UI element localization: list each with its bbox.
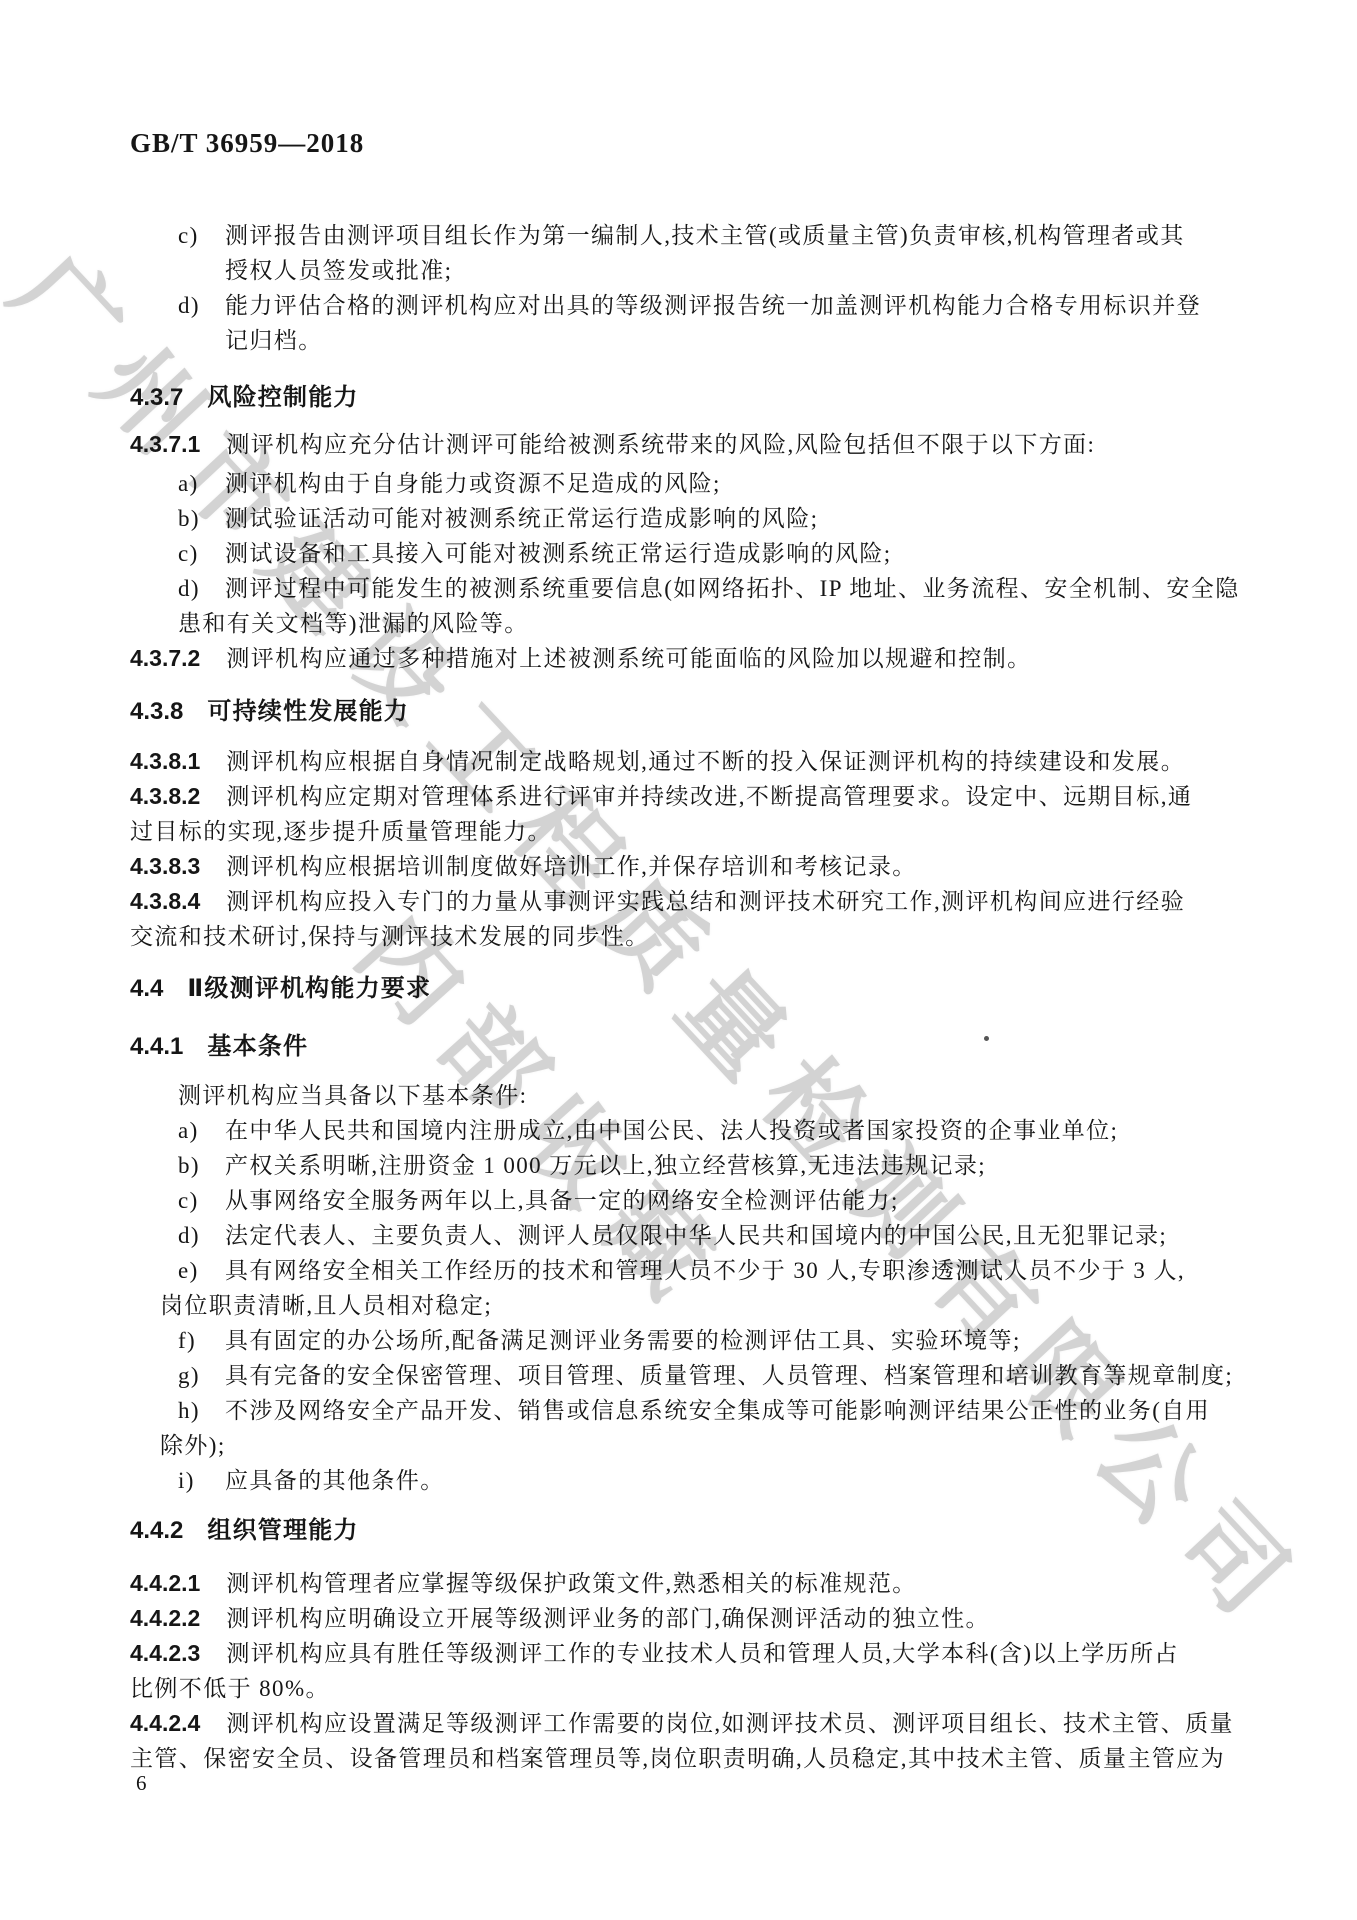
clause-number: 4.3.8.1	[130, 748, 200, 774]
list-item-text: 测评报告由测评项目组长作为第一编制人,技术主管(或质量主管)负责审核,机构管理者…	[225, 223, 1185, 248]
clause-4.3.8.2-continuation-1: 过目标的实现,逐步提升质量管理能力。	[130, 814, 1255, 849]
list-item-text: 能力评估合格的测评机构应对出具的等级测评报告统一加盖测评机构能力合格专用标识并登	[225, 293, 1201, 318]
clause-4.4.2.2: 4.4.2.2测评机构应明确设立开展等级测评业务的部门,确保测评活动的独立性。	[130, 1601, 1255, 1636]
list-item-label: d)	[178, 1218, 200, 1253]
list-item-h: h)不涉及网络安全产品开发、销售或信息系统安全集成等可能影响测评结果公正性的业务…	[130, 1393, 1255, 1428]
clause-4.3.8.4-continuation-1: 交流和技术研讨,保持与测评技术发展的同步性。	[130, 919, 1255, 954]
clause-number: 4.3.8.3	[130, 853, 200, 879]
clause-number: 4.3.7.1	[130, 431, 200, 457]
list-item-b: b)测试验证活动可能对被测系统正常运行造成影响的风险;	[130, 501, 1255, 536]
list-item-c: c)测试设备和工具接入可能对被测系统正常运行造成影响的风险;	[130, 536, 1255, 571]
list-item-text: 法定代表人、主要负责人、测评人员仅限中华人民共和国境内的中国公民,且无犯罪记录;	[225, 1223, 1167, 1248]
list-item-text: 产权关系明晰,注册资金 1 000 万元以上,独立经营核算,无违法违规记录;	[225, 1153, 986, 1178]
section-number: 4.4.1	[130, 1033, 183, 1060]
section-number: 4.4.2	[130, 1517, 183, 1544]
list-item-text: 测评机构由于自身能力或资源不足造成的风险;	[225, 471, 721, 496]
list-item-a: a)测评机构由于自身能力或资源不足造成的风险;	[130, 466, 1255, 501]
section-heading-4.4.1: 4.4.1基本条件	[130, 1029, 1255, 1064]
list-item-e: e)具有网络安全相关工作经历的技术和管理人员不少于 30 人,专职渗透测试人员不…	[130, 1253, 1255, 1288]
list-block: a)在中华人民共和国境内注册成立,由中国公民、法人投资或者国家投资的企事业单位;…	[130, 1113, 1255, 1498]
clause-first-line: 4.4.2.4测评机构应设置满足等级测评工作需要的岗位,如测评技术员、测评项目组…	[130, 1706, 1255, 1741]
list-item-label: c)	[178, 1183, 199, 1218]
list-item-i: i)应具备的其他条件。	[130, 1463, 1255, 1498]
section-title: 可持续性发展能力	[207, 698, 409, 725]
clause-4.4.2.1: 4.4.2.1测评机构管理者应掌握等级保护政策文件,熟悉相关的标准规范。	[130, 1566, 1255, 1601]
section-number: 4.4	[130, 975, 163, 1002]
list-item-text: 应具备的其他条件。	[225, 1468, 445, 1493]
section-title: 风险控制能力	[207, 384, 358, 411]
list-item-text: 在中华人民共和国境内注册成立,由中国公民、法人投资或者国家投资的企事业单位;	[225, 1118, 1118, 1143]
document-page: 广州市建设工程质量检测有限公司 内部收藏 GB/T 36959—2018 c)测…	[0, 0, 1357, 1920]
list-item-h-continuation-1: 除外);	[130, 1428, 1255, 1463]
list-item-label: b)	[178, 1148, 200, 1183]
list-item-d-continuation-1: 记归档。	[130, 323, 1255, 358]
list-item-text: 具有网络安全相关工作经历的技术和管理人员不少于 30 人,专职渗透测试人员不少于…	[225, 1258, 1185, 1283]
section-heading-4.4.2: 4.4.2组织管理能力	[130, 1513, 1255, 1548]
clause-number: 4.4.2.1	[130, 1570, 200, 1596]
list-item-label: e)	[178, 1253, 199, 1288]
clause-4.3.8.3: 4.3.8.3测评机构应根据培训制度做好培训工作,并保存培训和考核记录。	[130, 849, 1255, 884]
clause-first-line: 4.3.7.2测评机构应通过多种措施对上述被测系统可能面临的风险加以规避和控制。	[130, 641, 1255, 676]
clause-text: 测评机构应设置满足等级测评工作需要的岗位,如测评技术员、测评项目组长、技术主管、…	[226, 1711, 1234, 1736]
clause-first-line: 4.3.8.1测评机构应根据自身情况制定战略规划,通过不断的投入保证测评机构的持…	[130, 744, 1255, 779]
list-item-e-continuation-1: 岗位职责清晰,且人员相对稳定;	[130, 1288, 1255, 1323]
list-item-text: 测评过程中可能发生的被测系统重要信息(如网络拓扑、IP 地址、业务流程、安全机制…	[225, 576, 1240, 601]
document-content: GB/T 36959—2018 c)测评报告由测评项目组长作为第一编制人,技术主…	[130, 0, 1255, 1776]
clause-number: 4.3.8.2	[130, 783, 200, 809]
clause-first-line: 4.3.8.3测评机构应根据培训制度做好培训工作,并保存培训和考核记录。	[130, 849, 1255, 884]
clause-text: 测评机构应充分估计测评可能给被测系统带来的风险,风险包括但不限于以下方面:	[226, 432, 1095, 457]
clause-text: 测评机构应明确设立开展等级测评业务的部门,确保测评活动的独立性。	[226, 1606, 990, 1631]
clause-4.3.8.1: 4.3.8.1测评机构应根据自身情况制定战略规划,通过不断的投入保证测评机构的持…	[130, 744, 1255, 779]
document-body: c)测评报告由测评项目组长作为第一编制人,技术主管(或质量主管)负责审核,机构管…	[130, 218, 1255, 1776]
list-item-label: b)	[178, 501, 200, 536]
list-item-text: 不涉及网络安全产品开发、销售或信息系统安全集成等可能影响测评结果公正性的业务(自…	[225, 1398, 1210, 1423]
clause-first-line: 4.4.2.2测评机构应明确设立开展等级测评业务的部门,确保测评活动的独立性。	[130, 1601, 1255, 1636]
standard-number-header: GB/T 36959—2018	[130, 0, 1255, 161]
clause-number: 4.4.2.3	[130, 1640, 200, 1666]
page-number: 6	[136, 1770, 147, 1796]
clause-4.3.7.1: 4.3.7.1测评机构应充分估计测评可能给被测系统带来的风险,风险包括但不限于以…	[130, 427, 1255, 462]
clause-first-line: 4.3.8.2测评机构应定期对管理体系进行评审并持续改进,不断提高管理要求。设定…	[130, 779, 1255, 814]
list-item-text: 从事网络安全服务两年以上,具备一定的网络安全检测评估能力;	[225, 1188, 899, 1213]
list-intro-paragraph: 测评机构应当具备以下基本条件:	[130, 1078, 1255, 1113]
list-item-label: d)	[178, 571, 200, 606]
clause-number: 4.4.2.2	[130, 1605, 200, 1631]
list-item-label: g)	[178, 1358, 200, 1393]
clause-text: 测评机构应投入专门的力量从事测评实践总结和测评技术研究工作,测评机构间应进行经验	[226, 889, 1185, 914]
clause-4.3.8.4: 4.3.8.4测评机构应投入专门的力量从事测评实践总结和测评技术研究工作,测评机…	[130, 884, 1255, 954]
list-item-label: c)	[178, 218, 199, 253]
section-heading-4.3.7: 4.3.7风险控制能力	[130, 380, 1255, 415]
list-item-f: f)具有固定的办公场所,配备满足测评业务需要的检测评估工具、实验环境等;	[130, 1323, 1255, 1358]
clause-4.4.2.4: 4.4.2.4测评机构应设置满足等级测评工作需要的岗位,如测评技术员、测评项目组…	[130, 1706, 1255, 1776]
clause-first-line: 4.3.8.4测评机构应投入专门的力量从事测评实践总结和测评技术研究工作,测评机…	[130, 884, 1255, 919]
section-number: 4.3.8	[130, 698, 183, 725]
clause-4.4.2.3: 4.4.2.3测评机构应具有胜任等级测评工作的专业技术人员和管理人员,大学本科(…	[130, 1636, 1255, 1706]
list-item-label: a)	[178, 466, 199, 501]
list-item-d-continuation-1: 患和有关文档等)泄漏的风险等。	[130, 606, 1255, 641]
list-block: a)测评机构由于自身能力或资源不足造成的风险;b)测试验证活动可能对被测系统正常…	[130, 466, 1255, 641]
section-number: 4.3.7	[130, 384, 183, 411]
clause-text: 测评机构应定期对管理体系进行评审并持续改进,不断提高管理要求。设定中、远期目标,…	[226, 784, 1192, 809]
clause-4.3.8.2: 4.3.8.2测评机构应定期对管理体系进行评审并持续改进,不断提高管理要求。设定…	[130, 779, 1255, 849]
list-block: c)测评报告由测评项目组长作为第一编制人,技术主管(或质量主管)负责审核,机构管…	[130, 218, 1255, 358]
clause-first-line: 4.4.2.3测评机构应具有胜任等级测评工作的专业技术人员和管理人员,大学本科(…	[130, 1636, 1255, 1671]
clause-4.4.2.3-continuation-1: 比例不低于 80%。	[130, 1671, 1255, 1706]
list-item-label: f)	[178, 1323, 196, 1358]
list-item-b: b)产权关系明晰,注册资金 1 000 万元以上,独立经营核算,无违法违规记录;	[130, 1148, 1255, 1183]
list-item-label: a)	[178, 1113, 199, 1148]
list-item-c-continuation-1: 授权人员签发或批准;	[130, 253, 1255, 288]
scan-speck	[984, 1036, 989, 1041]
clause-text: 测评机构应根据自身情况制定战略规划,通过不断的投入保证测评机构的持续建设和发展。	[226, 749, 1185, 774]
clause-number: 4.3.8.4	[130, 888, 200, 914]
clause-first-line: 4.4.2.1测评机构管理者应掌握等级保护政策文件,熟悉相关的标准规范。	[130, 1566, 1255, 1601]
list-item-label: d)	[178, 288, 200, 323]
clause-text: 测评机构管理者应掌握等级保护政策文件,熟悉相关的标准规范。	[226, 1571, 916, 1596]
clause-text: 测评机构应通过多种措施对上述被测系统可能面临的风险加以规避和控制。	[226, 646, 1031, 671]
section-heading-4.4: 4.4Ⅱ级测评机构能力要求	[130, 971, 1255, 1006]
list-item-text: 具有固定的办公场所,配备满足测评业务需要的检测评估工具、实验环境等;	[225, 1328, 1021, 1353]
list-item-g: g)具有完备的安全保密管理、项目管理、质量管理、人员管理、档案管理和培训教育等规…	[130, 1358, 1255, 1393]
clause-number: 4.4.2.4	[130, 1710, 200, 1736]
clause-text: 测评机构应根据培训制度做好培训工作,并保存培训和考核记录。	[226, 854, 916, 879]
list-item-text: 测试验证活动可能对被测系统正常运行造成影响的风险;	[225, 506, 818, 531]
clause-first-line: 4.3.7.1测评机构应充分估计测评可能给被测系统带来的风险,风险包括但不限于以…	[130, 427, 1255, 462]
list-item-label: i)	[178, 1463, 195, 1498]
list-item-label: h)	[178, 1393, 200, 1428]
section-title: Ⅱ级测评机构能力要求	[187, 975, 431, 1002]
list-item-c: c)测评报告由测评项目组长作为第一编制人,技术主管(或质量主管)负责审核,机构管…	[130, 218, 1255, 253]
list-item-c: c)从事网络安全服务两年以上,具备一定的网络安全检测评估能力;	[130, 1183, 1255, 1218]
list-item-label: c)	[178, 536, 199, 571]
section-title: 基本条件	[207, 1033, 308, 1060]
list-item-a: a)在中华人民共和国境内注册成立,由中国公民、法人投资或者国家投资的企事业单位;	[130, 1113, 1255, 1148]
clause-text: 测评机构应具有胜任等级测评工作的专业技术人员和管理人员,大学本科(含)以上学历所…	[226, 1641, 1178, 1666]
clause-4.4.2.4-continuation-1: 主管、保密安全员、设备管理员和档案管理员等,岗位职责明确,人员稳定,其中技术主管…	[130, 1741, 1255, 1776]
section-heading-4.3.8: 4.3.8可持续性发展能力	[130, 694, 1255, 729]
list-item-d: d)测评过程中可能发生的被测系统重要信息(如网络拓扑、IP 地址、业务流程、安全…	[130, 571, 1255, 606]
list-item-text: 测试设备和工具接入可能对被测系统正常运行造成影响的风险;	[225, 541, 892, 566]
list-item-text: 具有完备的安全保密管理、项目管理、质量管理、人员管理、档案管理和培训教育等规章制…	[225, 1363, 1233, 1388]
clause-number: 4.3.7.2	[130, 645, 200, 671]
section-title: 组织管理能力	[207, 1517, 358, 1544]
list-item-d: d)能力评估合格的测评机构应对出具的等级测评报告统一加盖测评机构能力合格专用标识…	[130, 288, 1255, 323]
clause-4.3.7.2: 4.3.7.2测评机构应通过多种措施对上述被测系统可能面临的风险加以规避和控制。	[130, 641, 1255, 676]
list-item-d: d)法定代表人、主要负责人、测评人员仅限中华人民共和国境内的中国公民,且无犯罪记…	[130, 1218, 1255, 1253]
